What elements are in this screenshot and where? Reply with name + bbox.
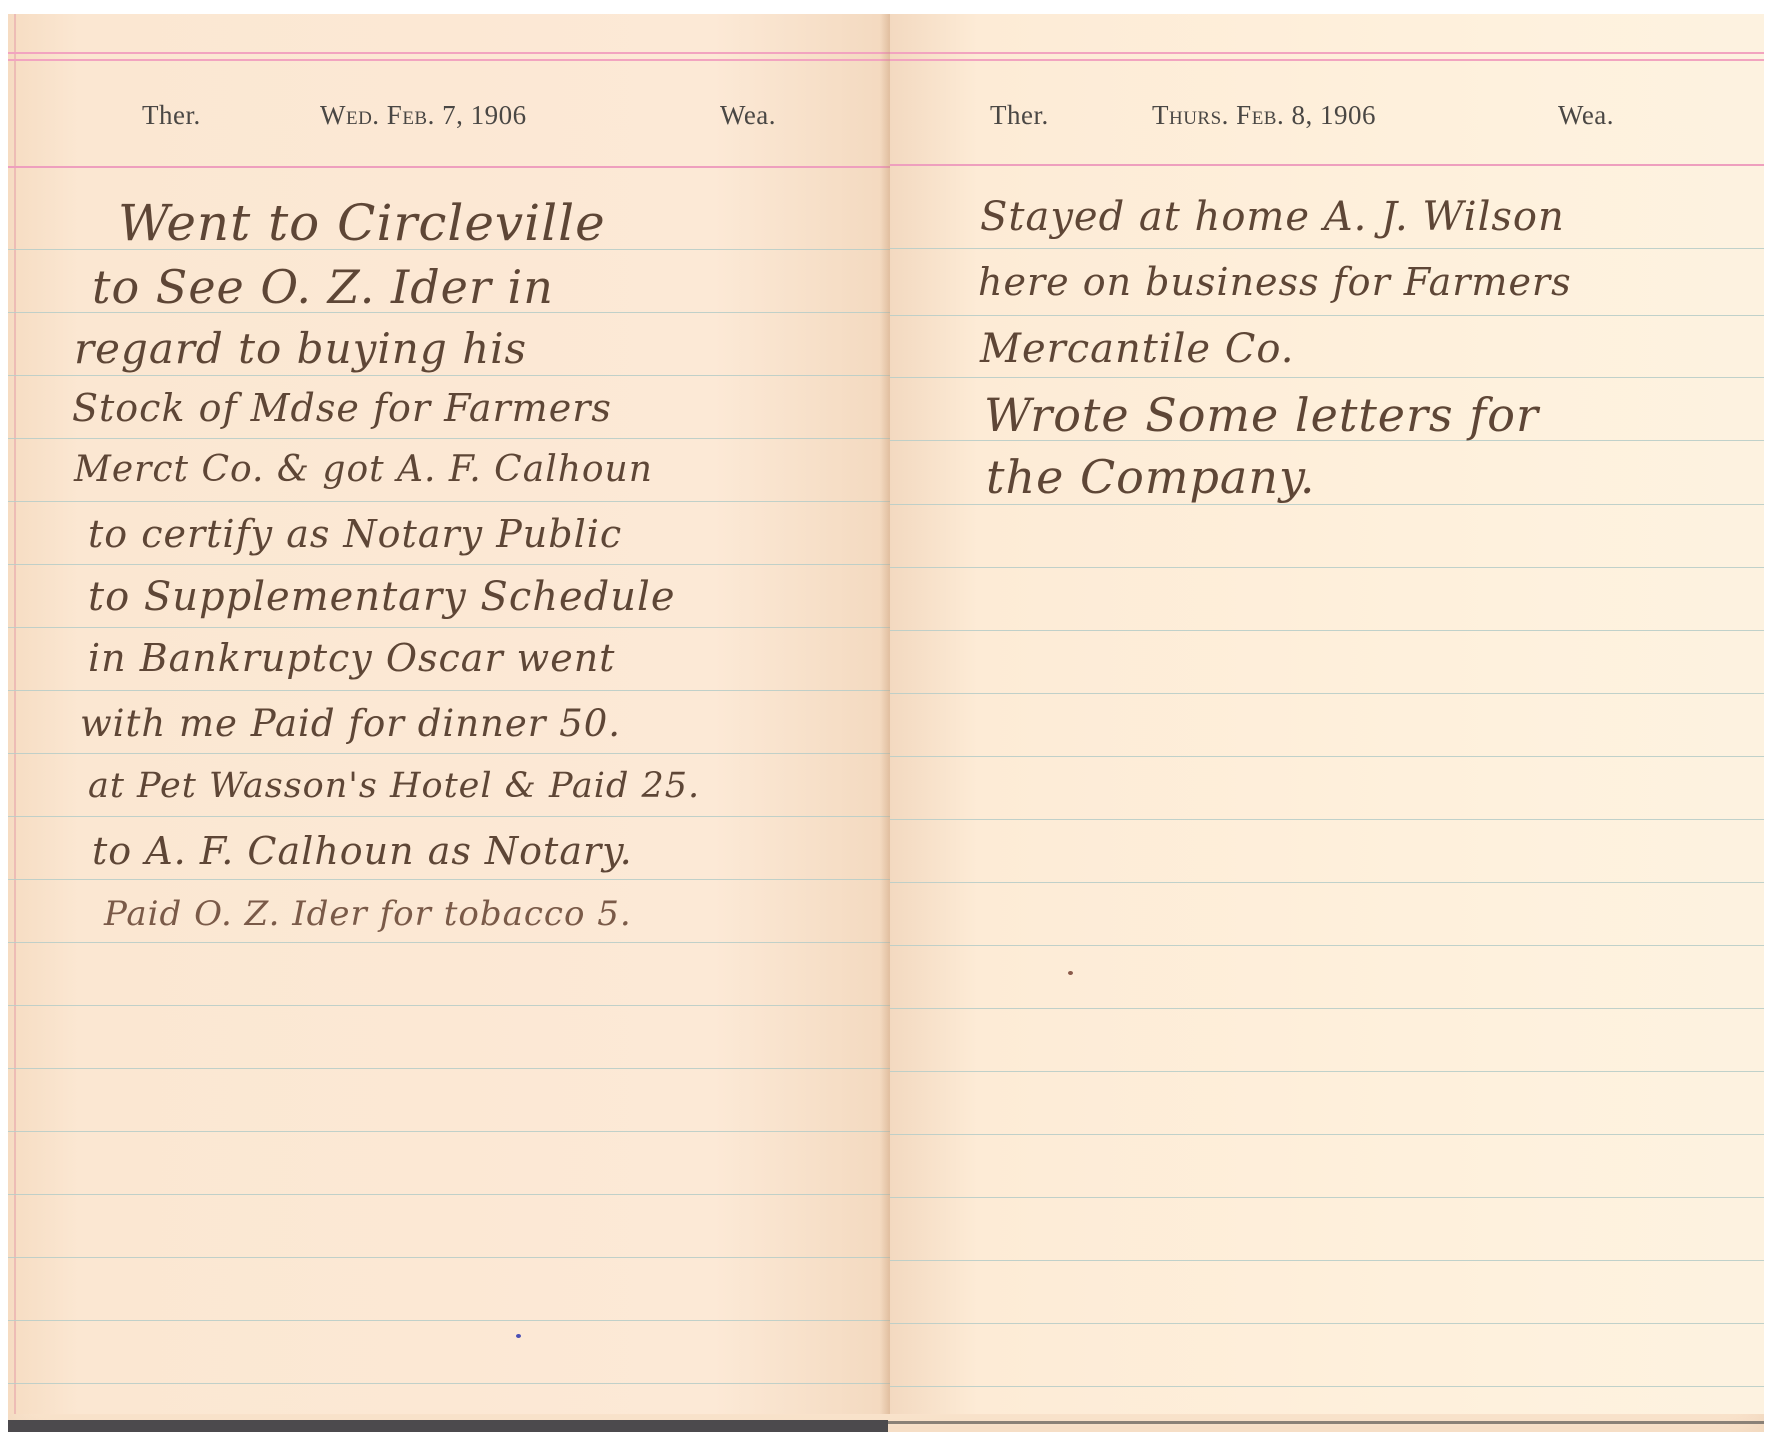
entry-line: the Company. [986,450,1315,504]
header-bottom-rule [890,164,1764,166]
ruled-line [8,753,890,754]
ruled-line [8,438,890,439]
header-top-double-rule [890,52,1764,62]
book-bottom-edge-right [888,1421,1764,1424]
entry-line: to A. F. Calhoun as Notary. [92,829,633,873]
entry-line: Went to Circleville [118,194,606,252]
ruled-line [890,819,1764,820]
ruled-line [890,1260,1764,1261]
entry-line: Wrote Some letters for [984,388,1539,442]
ruled-line [8,942,890,943]
entry-line: Stayed at home A. J. Wilson [980,194,1565,240]
ruled-line [8,1194,890,1195]
ruled-line [8,1131,890,1132]
ruled-line [890,377,1764,378]
ruled-line [8,1383,890,1384]
ruled-line [8,1257,890,1258]
entry-line: with me Paid for dinner 50. [80,702,621,745]
entry-line: regard to buying his [74,324,527,373]
book-bottom-edge-left [8,1420,888,1432]
ruled-line [890,1008,1764,1009]
left-page: Ther. Wed. Feb. 7, 1906 Wea. Went to Cir… [8,14,890,1414]
header-top-double-rule [8,52,890,62]
entry-line: to certify as Notary Public [88,512,622,556]
ruled-line [8,564,890,565]
page-edge-line [14,14,16,1414]
right-page-header: Ther. Thurs. Feb. 8, 1906 Wea. [890,100,1764,140]
ruled-line [8,1005,890,1006]
page-date: Wed. Feb. 7, 1906 [320,100,527,131]
wea-label: Wea. [1558,100,1614,131]
entry-line: here on business for Farmers [978,260,1572,304]
ruled-line [8,627,890,628]
page-date: Thurs. Feb. 8, 1906 [1152,100,1376,131]
entry-line: Stock of Mdse for Farmers [72,386,612,430]
ink-spot [516,1334,521,1338]
right-page: Ther. Thurs. Feb. 8, 1906 Wea. Stayed at… [890,14,1764,1414]
ruled-line [8,1068,890,1069]
ruled-line [890,504,1764,505]
ink-spot [1068,971,1073,975]
ruled-line [890,1386,1764,1387]
ruled-line [890,882,1764,883]
ruled-line [890,630,1764,631]
ruled-line [890,1134,1764,1135]
ruled-line [8,501,890,502]
ruled-line [8,690,890,691]
ruled-line [8,879,890,880]
left-page-header: Ther. Wed. Feb. 7, 1906 Wea. [8,100,890,140]
entry-line: in Bankruptcy Oscar went [88,636,615,680]
ruled-line [890,693,1764,694]
diary-spread: Ther. Wed. Feb. 7, 1906 Wea. Went to Cir… [8,14,1764,1432]
entry-line: to See O. Z. Ider in [92,260,554,314]
ruled-line [8,375,890,376]
ruled-line [890,1197,1764,1198]
entry-line: at Pet Wasson's Hotel & Paid 25. [88,766,700,806]
ruled-line [890,1323,1764,1324]
entry-line: to Supplementary Schedule [88,574,676,620]
header-bottom-rule [8,166,890,168]
ruled-line [890,945,1764,946]
ruled-line [890,315,1764,316]
ruled-line [890,1071,1764,1072]
entry-line: Paid O. Z. Ider for tobacco 5. [104,894,632,934]
wea-label: Wea. [720,100,776,131]
ruled-line [890,756,1764,757]
ruled-line [8,816,890,817]
ther-label: Ther. [990,100,1049,131]
entry-line: Merct Co. & got A. F. Calhoun [74,449,653,490]
entry-line: Mercantile Co. [980,326,1295,372]
ruled-line [890,567,1764,568]
ther-label: Ther. [142,100,201,131]
ruled-line [8,1320,890,1321]
ruled-line [890,248,1764,249]
